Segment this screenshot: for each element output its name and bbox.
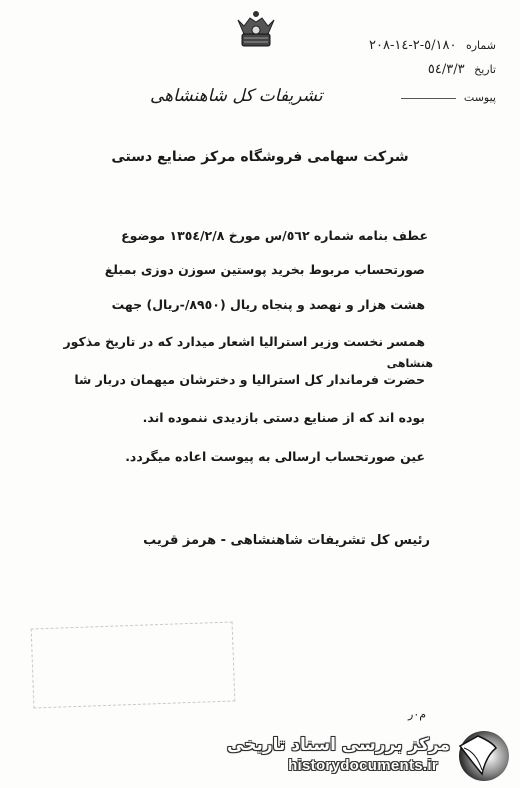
body-line: همسر نخست وزیر استرالیا اشعار میدارد که … — [63, 334, 425, 349]
letter-number-field: شماره ٥/١٨٠-٢-١٤-٢٠٨ — [369, 38, 496, 53]
body-line: عطف بنامه شماره ٥٦٢/س مورخ ١٣٥٤/٢/٨ موضو… — [121, 228, 428, 243]
body-line: هشت هزار و نهصد و پنجاه ریال (٨٩٥٠/-ریال… — [112, 297, 425, 312]
body-line: عین صورتحساب ارسالی به پیوست اعاده میگرد… — [125, 449, 425, 464]
date-value: ٥٤/٣/٣ — [428, 62, 465, 77]
handwritten-insertion: هنشاهی — [387, 357, 433, 370]
signature-line: رئیس کل تشریفات شاهنشاهی - هرمز قریب — [143, 533, 430, 548]
body-line: بوده اند که از صنایع دستی بازدیدی ننموده… — [143, 410, 425, 425]
attachment-label: پیوست — [464, 91, 496, 104]
number-label: شماره — [466, 39, 496, 52]
faded-stamp — [31, 621, 236, 708]
letter-attachment-field: پیوست — [401, 91, 496, 104]
body-line: حضرت فرماندار کل استرالیا و دخترشان میهم… — [74, 372, 425, 387]
scanned-letter-page: شماره ٥/١٨٠-٢-١٤-٢٠٨ تاریخ ٥٤/٣/٣ پیوست … — [0, 0, 520, 788]
archive-logo-icon — [452, 726, 510, 784]
watermark-website: historydocuments.ir — [288, 757, 438, 774]
footnote-initials: م٠ر — [408, 708, 426, 721]
letterhead-title: تشریفات کل شاهنشاهی — [150, 86, 323, 106]
body-line: صورتحساب مربوط بخرید پوستین سوزن دوزی بم… — [105, 262, 425, 277]
letter-date-field: تاریخ ٥٤/٣/٣ — [428, 62, 496, 77]
imperial-crown-icon — [232, 8, 280, 56]
addressee: شرکت سهامی فروشگاه مرکز صنایع دستی — [0, 149, 520, 165]
watermark-org-name: مرکز بررسی اسناد تاریخی — [227, 735, 450, 755]
number-value: ٥/١٨٠-٢-١٤-٢٠٨ — [369, 38, 456, 53]
date-label: تاریخ — [474, 63, 496, 76]
attachment-line — [401, 98, 456, 99]
